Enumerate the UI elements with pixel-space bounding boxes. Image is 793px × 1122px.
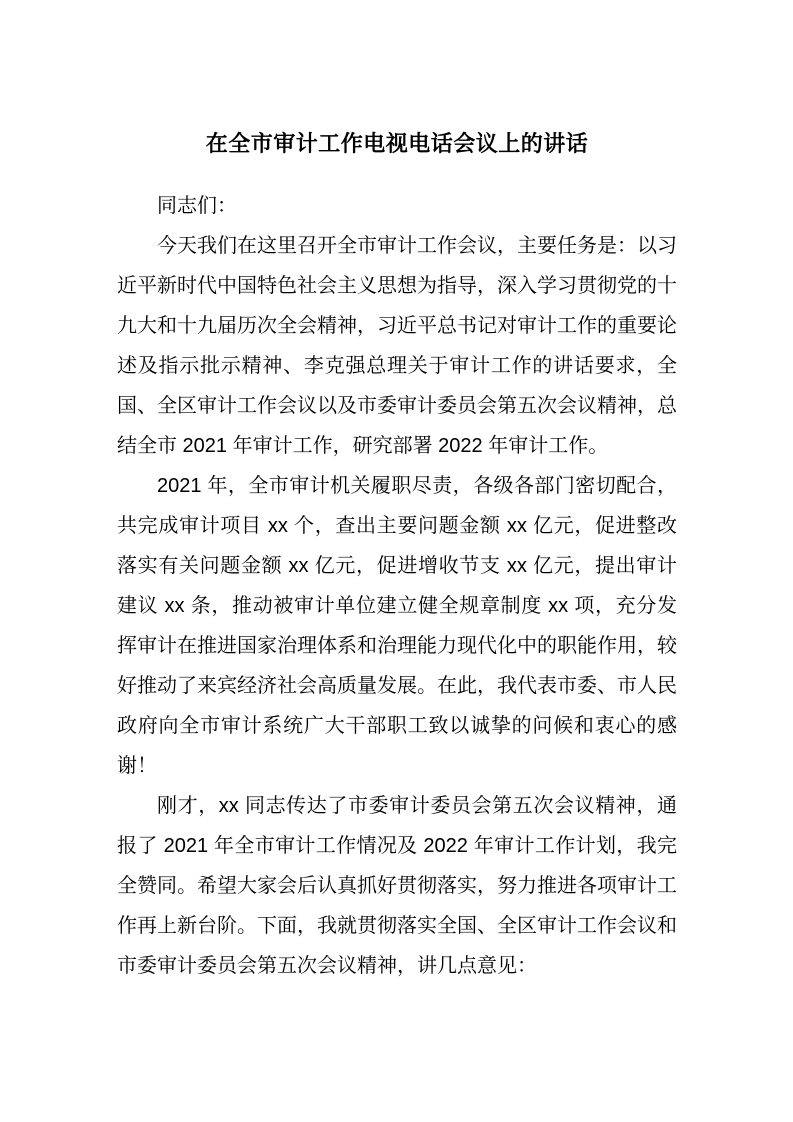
body-paragraph: 2021 年，全市审计机关履职尽责，各级各部门密切配合，共完成审计项目 xx 个… [117, 466, 677, 786]
document-page: 在全市审计工作电视电话会议上的讲话 同志们： 今天我们在这里召开全市审计工作会议… [0, 0, 793, 1122]
body-paragraph: 今天我们在这里召开全市审计工作会议，主要任务是：以习近平新时代中国特色社会主义思… [117, 226, 677, 466]
greeting-line: 同志们： [117, 186, 677, 226]
document-title: 在全市审计工作电视电话会议上的讲话 [117, 128, 677, 160]
body-paragraph: 刚才，xx 同志传达了市委审计委员会第五次会议精神，通报了 2021 年全市审计… [117, 786, 677, 986]
document-content: 在全市审计工作电视电话会议上的讲话 同志们： 今天我们在这里召开全市审计工作会议… [117, 128, 677, 986]
